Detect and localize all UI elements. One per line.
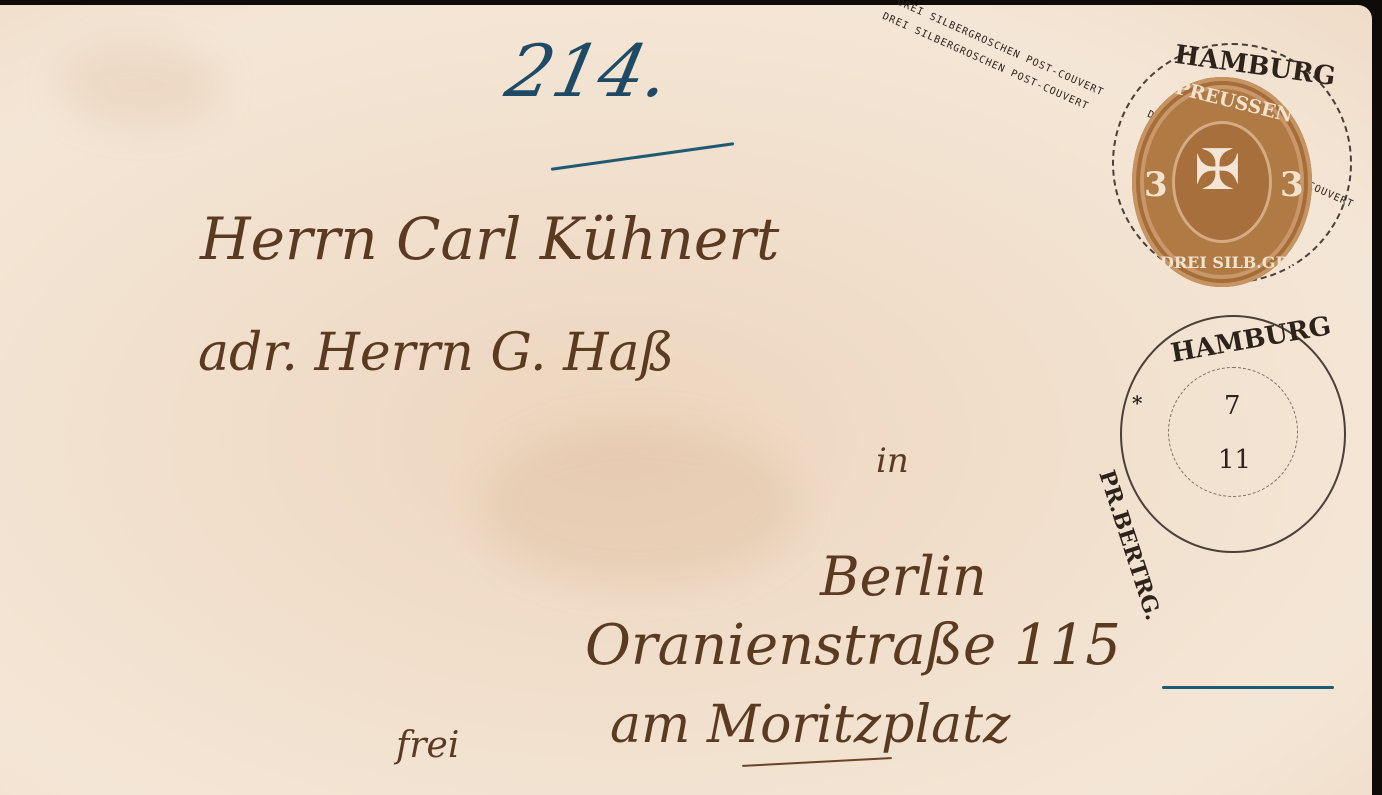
stamp-medallion: ✠ (1172, 121, 1272, 243)
postmark-month: 11 (1218, 445, 1251, 475)
blue-reference-number: 214. (499, 29, 677, 113)
envelope: DREI SILBERGROSCHEN POST-COUVERT DREI SI… (0, 5, 1372, 795)
eagle-icon: ✠ (1194, 143, 1241, 199)
address-line-recipient: Herrn Carl Kühnert (200, 205, 779, 273)
embossed-stamp: PREUSSEN 3 3 ✠ DREI SILB.GR. (1132, 77, 1312, 287)
stamp-value-right: 3 (1280, 165, 1304, 205)
stamp-value-left: 3 (1144, 165, 1168, 205)
blue-underline (551, 142, 735, 171)
postmark-inner-ring (1168, 367, 1298, 497)
address-line-in: in (876, 441, 909, 481)
overprint-line: DREI SILBERGROSCHEN POST-COUVERT (896, 0, 1106, 98)
address-city: Berlin (820, 545, 987, 608)
postmark-day: 7 (1224, 391, 1241, 421)
brown-underline (742, 757, 892, 767)
address-district: am Moritzplatz (610, 695, 1010, 755)
address-street: Oranienstraße 115 (585, 613, 1121, 678)
stamp-bottom-text: DREI SILB.GR. (1160, 253, 1294, 272)
blue-street-underline (1162, 686, 1334, 689)
postmark-subtext: PR.BERTRG. (1093, 467, 1166, 623)
postmark-bottom: HAMBURG * PR.BERTRG. 7 11 (1120, 315, 1346, 553)
postmark-star: * (1132, 391, 1142, 415)
postmark-city: HAMBURG (1169, 311, 1334, 369)
overprint-line: DREI SILBERGROSCHEN POST-COUVERT (881, 11, 1091, 112)
franking-note: frei (396, 725, 459, 766)
address-line-care-of: adr. Herrn G. Haß (198, 323, 674, 383)
paper-stain (480, 425, 800, 585)
paper-stain (60, 45, 220, 125)
